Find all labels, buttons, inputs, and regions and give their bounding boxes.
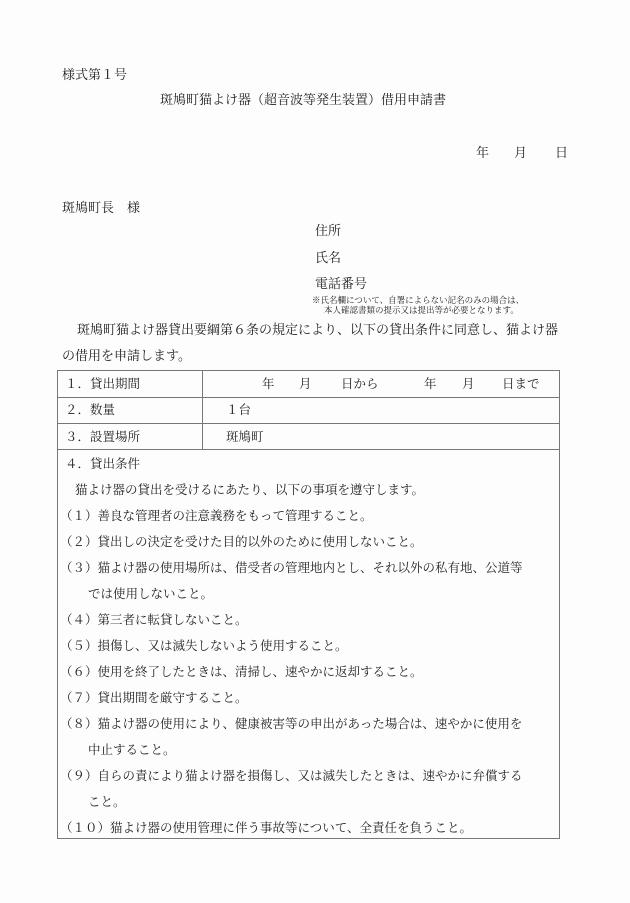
condition-item: （６）使用を終了したときは、清掃し、速やかに返却すること。 (60, 664, 423, 680)
table-row-period: １．貸出期間 年 月 日から 年 月 日まで (58, 371, 559, 398)
table-row-location: ３．設置場所 斑鳩町 (58, 424, 559, 450)
condition-item: （３）猫よけ器の使用場所は、借受者の管理地内とし、それ以外の私有地、公道等 (60, 560, 523, 576)
period-to-day: 日まで (502, 376, 540, 392)
phone-label[interactable]: 電話番号 (315, 277, 367, 293)
column-divider (202, 424, 203, 449)
body-text-line2: の借用を申請します。 (62, 349, 191, 365)
column-divider (202, 397, 203, 423)
condition-item: （８）猫よけ器の使用により、健康被害等の申出があった場合は、速やかに使用を (60, 716, 522, 732)
addressee: 斑鳩町長 様 (62, 201, 140, 217)
table-row-quantity: ２．数量 １台 (58, 397, 559, 424)
period-from-year: 年 (262, 376, 275, 392)
condition-item-continuation: こと。 (88, 794, 126, 810)
condition-item: （４）第三者に転貸しないこと。 (60, 612, 248, 628)
address-label[interactable]: 住所 (315, 224, 341, 240)
location-label: ３．設置場所 (65, 429, 140, 445)
body-text-line1: 斑鳩町猫よけ器貸出要綱第６条の規定により、以下の貸出条件に同意し、猫よけ器 (77, 323, 558, 339)
period-label: １．貸出期間 (65, 376, 140, 392)
location-value[interactable]: 斑鳩町 (226, 429, 264, 445)
date-year-field[interactable]: 年 (476, 146, 489, 162)
application-table: １．貸出期間 年 月 日から 年 月 日まで ２．数量 １台 ３．設置場所 斑鳩… (57, 370, 560, 839)
condition-item: （２）貸出しの決定を受けた目的以外のために使用しないこと。 (60, 534, 423, 550)
period-from-month: 月 (299, 376, 312, 392)
period-to-year: 年 (424, 376, 437, 392)
condition-item-continuation: 中止すること。 (88, 742, 176, 758)
condition-item: （１）善良な管理者の注意義務をもって管理すること。 (60, 508, 373, 524)
condition-item: （１０）猫よけ器の使用管理に伴う事故等について、全責任を負うこと。 (60, 820, 472, 836)
quantity-label: ２．数量 (65, 402, 115, 418)
date-day-field[interactable]: 日 (555, 146, 568, 162)
period-to-month: 月 (462, 376, 475, 392)
condition-item: （７）貸出期間を厳守すること。 (60, 690, 248, 706)
condition-item: （５）損傷し、又は滅失しないよう使用すること。 (60, 638, 348, 654)
form-number: 様式第１号 (62, 68, 127, 84)
conditions-intro: 猫よけ器の貸出を受けるにあたり、以下の事項を遵守します。 (75, 482, 424, 498)
document-title: 斑鳩町猫よけ器（超音波等発生装置）借用申請書 (160, 93, 446, 109)
date-month-field[interactable]: 月 (514, 146, 527, 162)
name-note-line1: ※氏名欄について、自署によらない記名のみの場合は、 (312, 296, 524, 306)
column-divider (202, 371, 203, 397)
name-label[interactable]: 氏名 (315, 251, 341, 267)
condition-item-continuation: では使用しないこと。 (88, 586, 213, 602)
quantity-value: １台 (226, 402, 251, 418)
period-from-day: 日から (341, 376, 379, 392)
condition-item: （９）自らの責により猫よけ器を損傷し、又は滅失したときは、速やかに弁償する (60, 768, 523, 784)
name-note-line2: 本人確認書類の提示又は提出等が必要となります。 (324, 306, 519, 316)
conditions-label: ４．貸出条件 (65, 456, 140, 472)
